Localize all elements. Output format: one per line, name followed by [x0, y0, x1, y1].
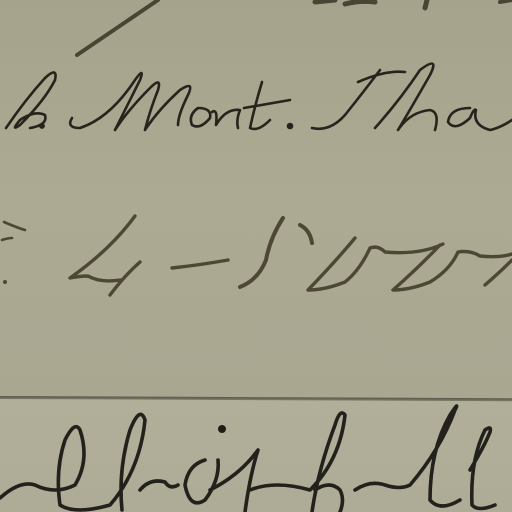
top-line-strokes — [77, 0, 512, 55]
line-2-strokes — [2, 216, 512, 295]
line-3-strokes — [0, 406, 495, 512]
handwriting-ink — [0, 0, 512, 512]
line-1-strokes — [6, 64, 512, 130]
ink-dot — [218, 425, 226, 433]
